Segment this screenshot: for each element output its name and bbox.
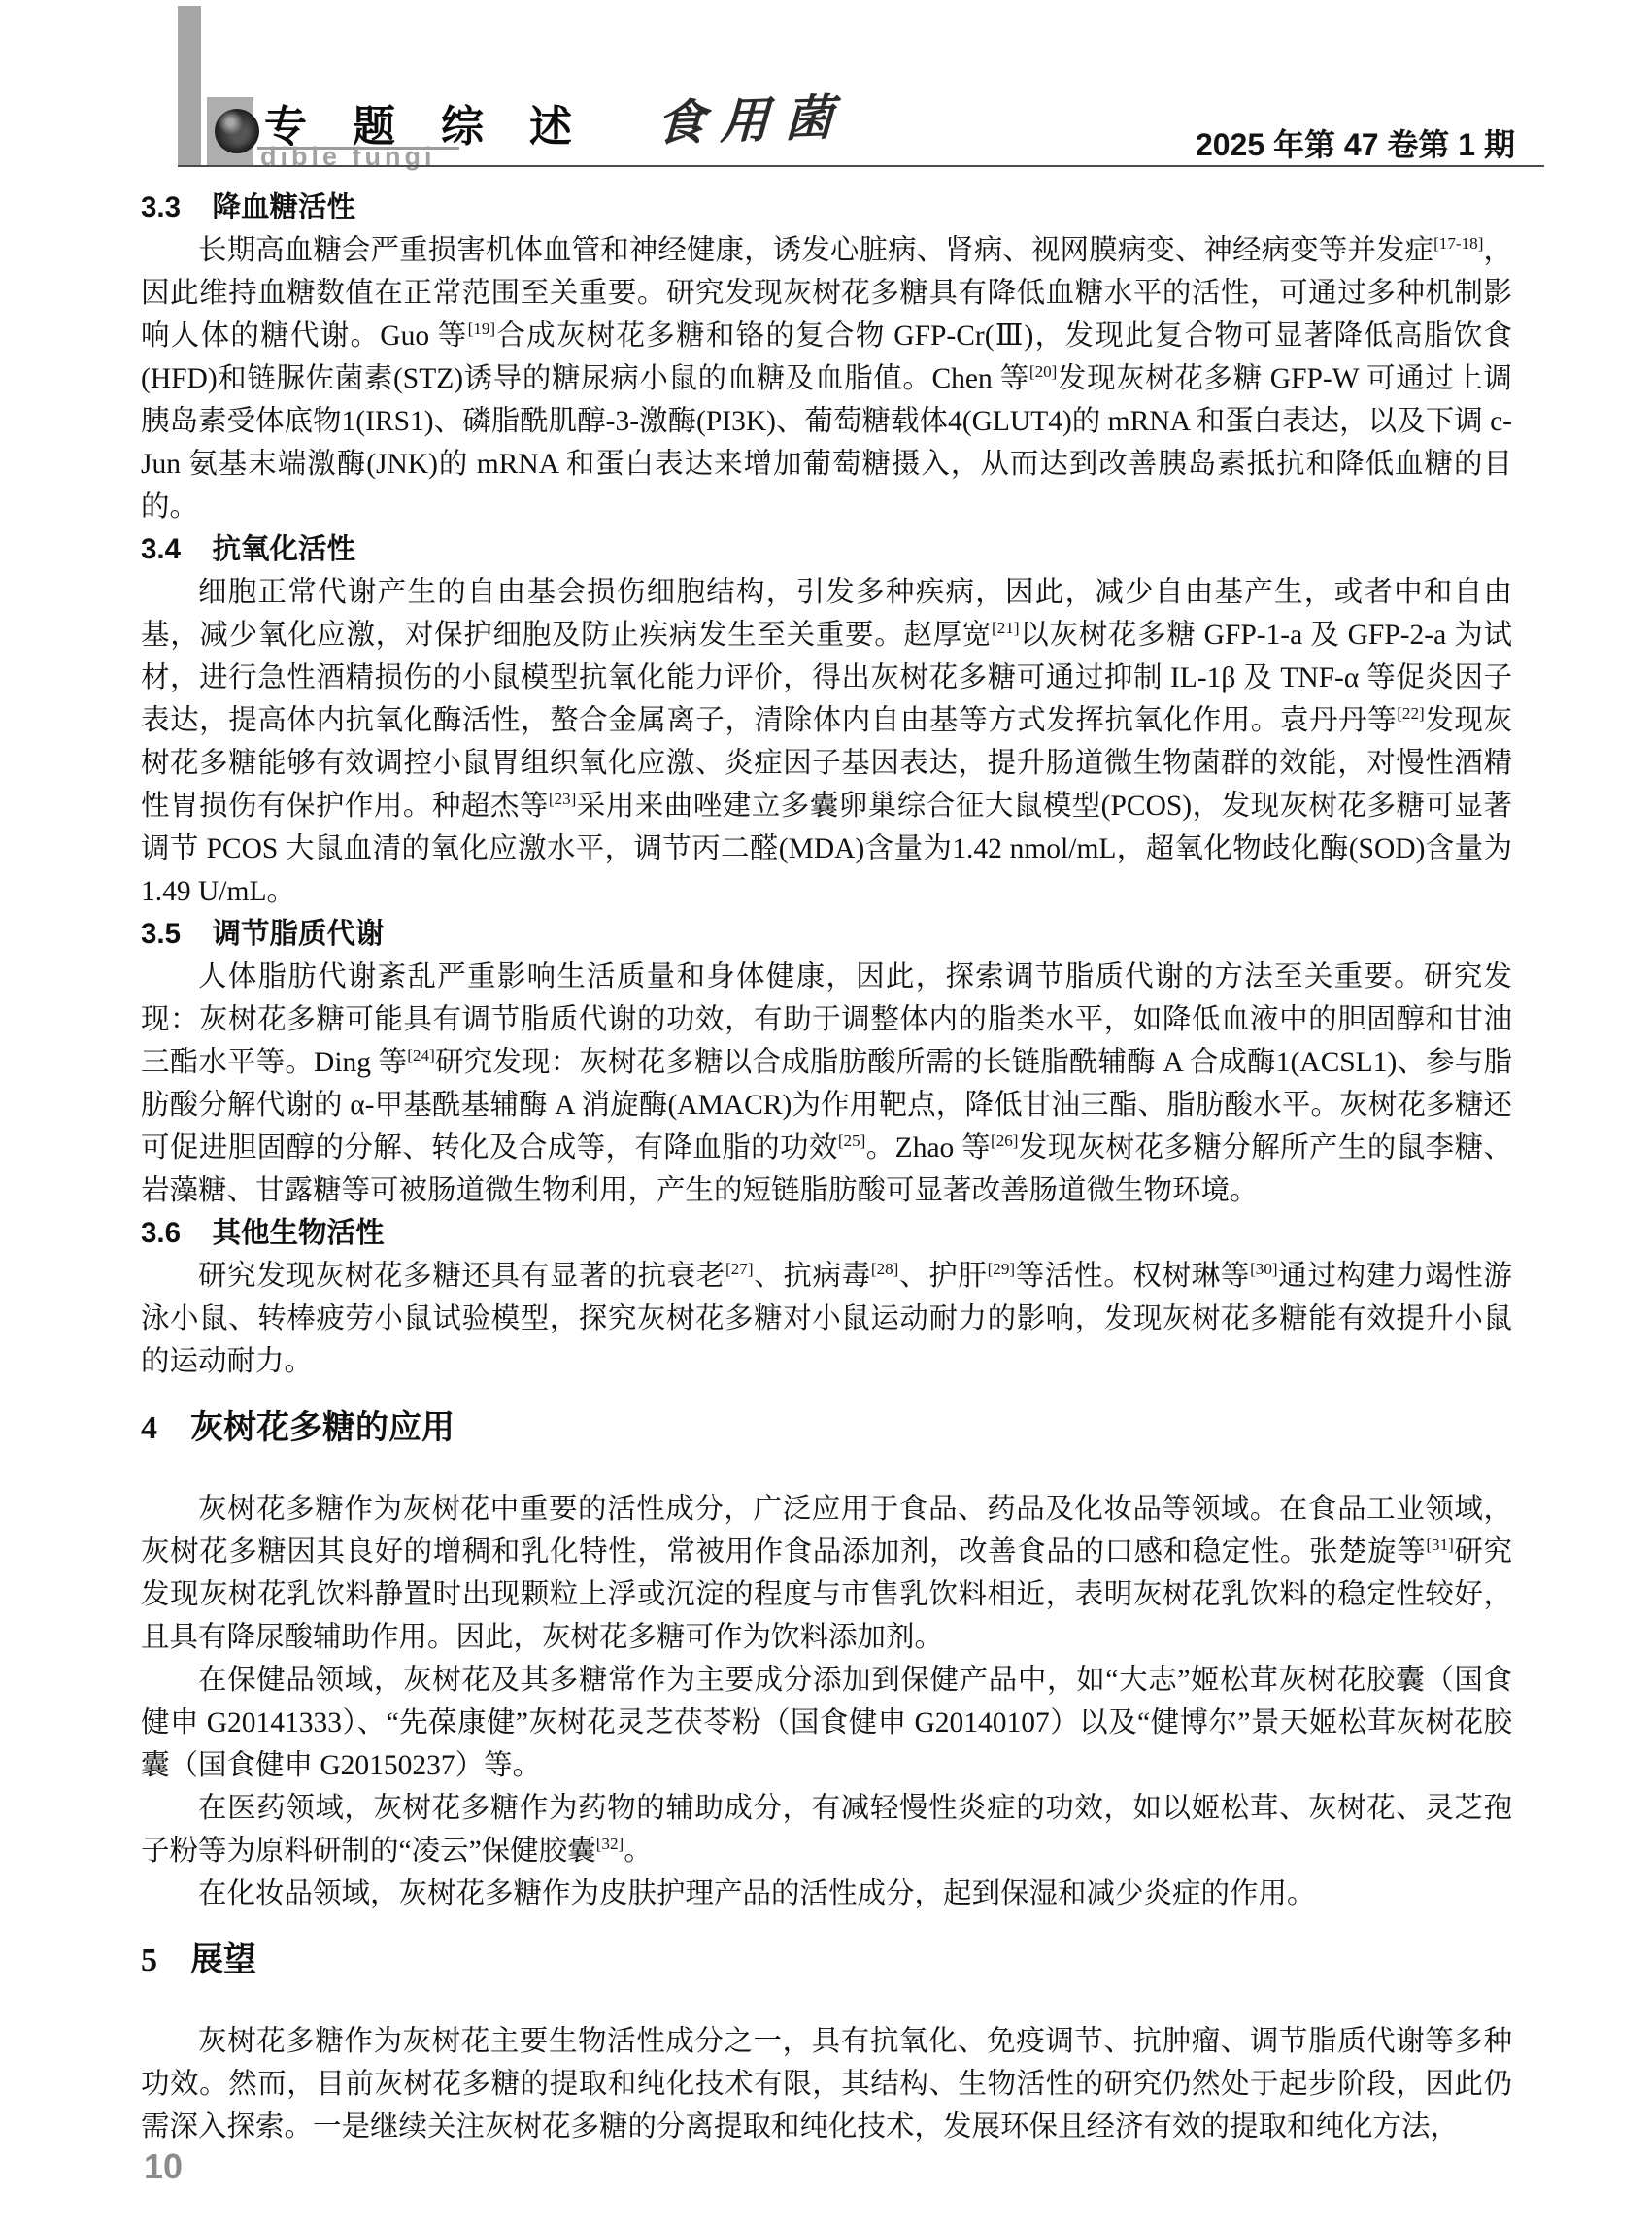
section-subheading: 3.6其他生物活性	[141, 1212, 1512, 1255]
reference-marker: [21]	[992, 619, 1020, 637]
reference-marker: [20]	[1029, 362, 1058, 381]
reference-marker: [29]	[988, 1260, 1016, 1278]
reference-marker: [23]	[549, 790, 577, 808]
section-number: 3.3	[141, 191, 181, 223]
section-number: 5	[141, 1942, 157, 1978]
journal-name-calligraphy: 食用菌	[656, 78, 850, 154]
issue-info: 2025 年第 47 卷第 1 期	[1196, 120, 1515, 165]
section-title: 其他生物活性	[212, 1217, 384, 1249]
body-paragraph: 细胞正常代谢产生的自由基会损伤细胞结构，引发多种疾病，因此，减少自由基产生，或者…	[141, 571, 1512, 913]
body-paragraph: 在保健品领域，灰树花及其多糖常作为主要成分添加到保健产品中，如“大志”姬松茸灰树…	[141, 1659, 1512, 1787]
section-title: 展望	[190, 1942, 256, 1978]
body-paragraph: 灰树花多糖作为灰树花中重要的活性成分，广泛应用于食品、药品及化妆品等领域。在食品…	[141, 1488, 1512, 1659]
body-paragraph: 在医药领域，灰树花多糖作为药物的辅助成分，有减轻慢性炎症的功效，如以姬松茸、灰树…	[141, 1787, 1512, 1872]
section-subheading: 3.5调节脂质代谢	[141, 913, 1512, 956]
reference-marker: [17-18]	[1433, 234, 1483, 253]
section-title: 调节脂质代谢	[212, 918, 384, 950]
reference-marker: [26]	[991, 1131, 1019, 1150]
reference-marker: [24]	[407, 1046, 435, 1064]
mushroom-photo-icon	[215, 109, 259, 153]
section-subheading: 3.4抗氧化活性	[141, 528, 1512, 571]
reference-marker: [22]	[1397, 704, 1425, 723]
section-number: 3.5	[141, 918, 181, 950]
reference-marker: [28]	[871, 1260, 899, 1278]
header-rule	[178, 165, 1544, 167]
column-title-en: dible fungi	[260, 142, 435, 172]
article-body: 3.3降血糖活性长期高血糖会严重损害机体血管和神经健康，诱发心脏病、肾病、视网膜…	[141, 186, 1512, 2148]
section-heading: 5展望	[141, 1939, 1512, 1983]
section-heading: 4灰树花多糖的应用	[141, 1406, 1512, 1451]
masthead-vertical-bar	[178, 6, 201, 167]
reference-marker: [32]	[596, 1835, 624, 1853]
body-paragraph: 人体脂肪代谢紊乱严重影响生活质量和身体健康，因此，探索调节脂质代谢的方法至关重要…	[141, 956, 1512, 1212]
section-title: 灰树花多糖的应用	[190, 1410, 455, 1446]
reference-marker: [19]	[468, 320, 496, 338]
paper-page: 专 题 综 述 dible fungi 食用菌 2025 年第 47 卷第 1 …	[0, 0, 1652, 2226]
body-paragraph: 长期高血糖会严重损害机体血管和神经健康，诱发心脏病、肾病、视网膜病变、神经病变等…	[141, 229, 1512, 528]
page-number: 10	[144, 2146, 183, 2187]
section-title: 抗氧化活性	[212, 533, 355, 565]
section-number: 3.6	[141, 1217, 181, 1249]
section-number: 4	[141, 1410, 157, 1446]
section-title: 降血糖活性	[212, 191, 355, 223]
reference-marker: [30]	[1250, 1260, 1278, 1278]
reference-marker: [27]	[725, 1260, 754, 1278]
body-paragraph: 在化妆品领域，灰树花多糖作为皮肤护理产品的活性成分，起到保湿和减少炎症的作用。	[141, 1872, 1512, 1915]
body-paragraph: 灰树花多糖作为灰树花主要生物活性成分之一，具有抗氧化、免疫调节、抗肿瘤、调节脂质…	[141, 2020, 1512, 2148]
reference-marker: [31]	[1426, 1535, 1454, 1554]
reference-marker: [25]	[838, 1131, 866, 1150]
section-subheading: 3.3降血糖活性	[141, 186, 1512, 229]
body-paragraph: 研究发现灰树花多糖还具有显著的抗衰老[27]、抗病毒[28]、护肝[29]等活性…	[141, 1255, 1512, 1383]
section-number: 3.4	[141, 533, 181, 565]
